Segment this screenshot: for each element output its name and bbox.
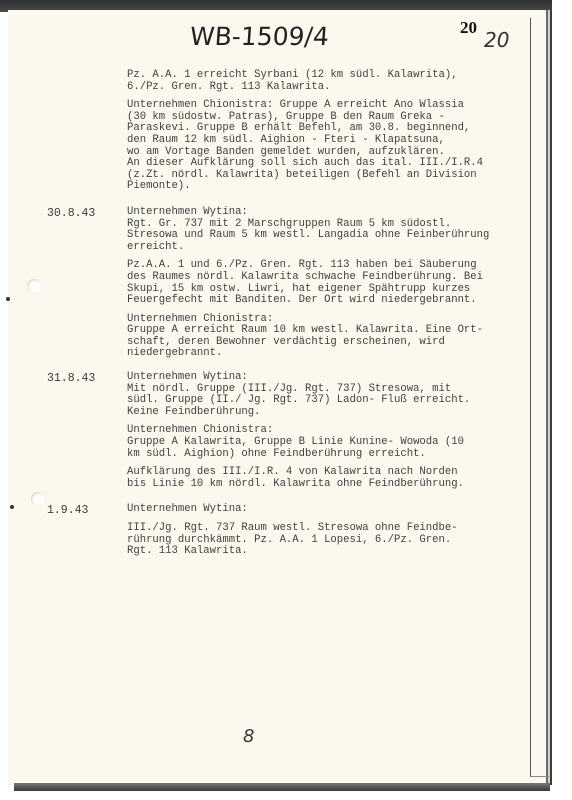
entry-date: 31.8.43 [47,372,95,385]
diary-entry: Pz. A.A. 1 erreicht Syrbani (12 km südl.… [0,70,540,193]
entry-paragraph: Pz.A.A. 1 und 6./Pz. Gren. Rgt. 113 habe… [127,260,527,306]
entry-paragraph: Unternehmen Wytina: Mit nördl. Gruppe (I… [127,372,527,418]
scan-border-bottom [14,783,550,791]
entry-paragraph: Unternehmen Chionistra: Gruppe A Kalawri… [127,425,527,460]
footer-handwritten-number: 8 [243,726,254,747]
entry-paragraph: Unternehmen Wytina: Rgt. Gr. 737 mit 2 M… [127,207,527,253]
war-diary-entries: Pz. A.A. 1 erreicht Syrbani (12 km südl.… [0,70,540,569]
entry-date: 1.9.43 [47,504,88,517]
archive-id-handwritten: WB-1509/4 [189,22,330,51]
diary-entry: 30.8.43 Unternehmen Wytina: Rgt. Gr. 737… [0,207,540,360]
diary-entry: 1.9.43 Unternehmen Wytina: III./Jg. Rgt.… [0,504,540,557]
diary-entry: 31.8.43 Unternehmen Wytina: Mit nördl. G… [0,372,540,490]
entry-paragraph: Aufklärung des III./I.R. 4 von Kalawrita… [127,467,527,490]
entry-paragraph: III./Jg. Rgt. 737 Raum westl. Stresowa o… [127,523,527,558]
entry-paragraph: Unternehmen Chionistra: Gruppe A erreich… [127,100,527,193]
page-number-handwritten: 20 [484,28,509,52]
entry-date: 30.8.43 [47,207,95,220]
entry-paragraph: Unternehmen Chionistra: Gruppe A erreich… [127,314,527,360]
entry-paragraph: Pz. A.A. 1 erreicht Syrbani (12 km südl.… [127,70,527,93]
entry-paragraph: Unternehmen Wytina: [127,504,527,516]
page-number-typed: 20 [460,18,477,38]
